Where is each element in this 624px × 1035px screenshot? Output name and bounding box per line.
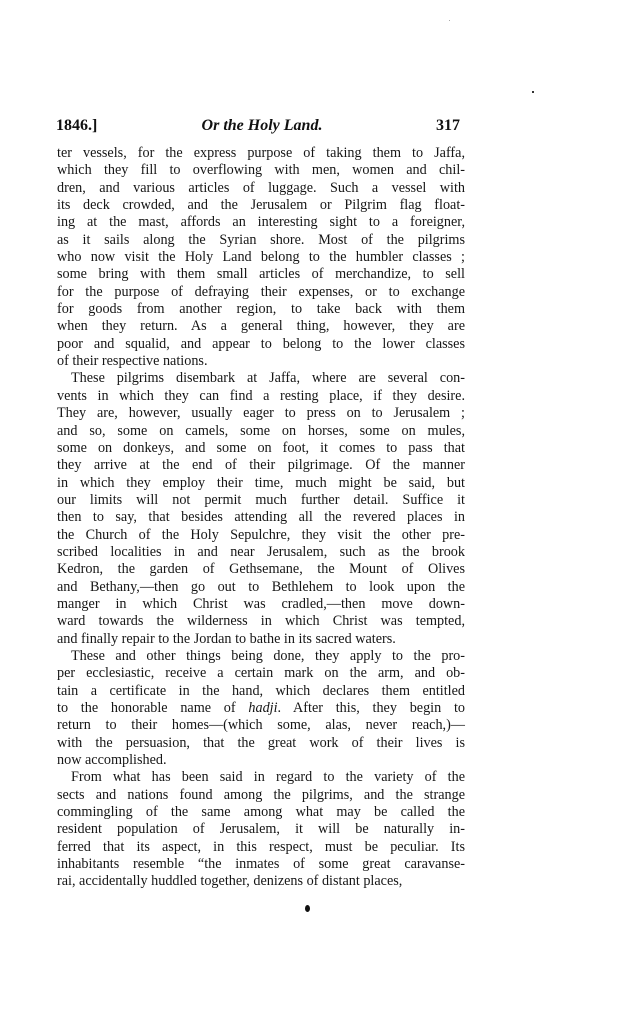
text-line: in which they employ their time, much mi…	[57, 475, 465, 492]
scan-speck	[532, 91, 534, 93]
text-line: From what has been said in regard to the…	[57, 769, 465, 786]
text-line: and so, some on camels, some on horses, …	[57, 423, 465, 440]
text-line: some on donkeys, and some on foot, it co…	[57, 440, 465, 457]
text-line: ing at the mast, affords an interesting …	[57, 214, 465, 231]
text-line: and finally repair to the Jordan to bath…	[57, 631, 465, 648]
paragraph: From what has been said in regard to the…	[57, 769, 465, 890]
running-head: 1846.] Or the Holy Land. 317	[56, 117, 468, 139]
text-line: resident population of Jerusalem, it wil…	[57, 821, 465, 838]
paragraph: These and other things being done, they …	[57, 648, 465, 769]
text-line: they arrive at the end of their pilgrima…	[57, 457, 465, 474]
text-line: per ecclesiastic, receive a certain mark…	[57, 665, 465, 682]
text-line: return to their homes—(which some, alas,…	[57, 717, 465, 734]
text-line: These and other things being done, they …	[57, 648, 465, 665]
text-line: vents in which they can find a resting p…	[57, 388, 465, 405]
text-line: for the purpose of defraying their expen…	[57, 284, 465, 301]
text-line: when they return. As a general thing, ho…	[57, 318, 465, 335]
scan-speck	[449, 20, 450, 21]
text-line: dren, and various articles of luggage. S…	[57, 180, 465, 197]
text-line: poor and squalid, and appear to belong t…	[57, 336, 465, 353]
text-line: some bring with them small articles of m…	[57, 266, 465, 283]
italic-term: hadji	[248, 700, 277, 716]
text-line: inhabitants resemble “the inmates of som…	[57, 856, 465, 873]
text-line: now accomplished.	[57, 752, 465, 769]
text-line: manger in which Christ was cradled,—then…	[57, 596, 465, 613]
text-line: rai, accidentally huddled together, deni…	[57, 873, 465, 890]
text-line: the Church of the Holy Sepulchre, they v…	[57, 527, 465, 544]
body-text: ter vessels, for the express purpose of …	[57, 145, 465, 891]
text-line: ferred that its aspect, in this respect,…	[57, 839, 465, 856]
text-line: then to say, that besides attending all …	[57, 509, 465, 526]
text-line: which they fill to overflowing with men,…	[57, 162, 465, 179]
text-line: ward towards the wilderness in which Chr…	[57, 613, 465, 630]
text-line: sects and nations found among the pilgri…	[57, 787, 465, 804]
text-line: our limits will not permit much further …	[57, 492, 465, 509]
text-line: to the honorable name of hadji. After th…	[57, 700, 465, 717]
text-line: as it sails along the Syrian shore. Most…	[57, 232, 465, 249]
text-line: and Bethany,—then go out to Bethlehem to…	[57, 579, 465, 596]
text-line: ter vessels, for the express purpose of …	[57, 145, 465, 162]
text-line: These pilgrims disembark at Jaffa, where…	[57, 370, 465, 387]
text-line: for goods from another region, to take b…	[57, 301, 465, 318]
text-line: commingling of the same among what may b…	[57, 804, 465, 821]
text-line: who now visit the Holy Land belong to th…	[57, 249, 465, 266]
paragraph: These pilgrims disembark at Jaffa, where…	[57, 370, 465, 648]
book-page: 1846.] Or the Holy Land. 317 ter vessels…	[0, 0, 624, 1035]
text-line: its deck crowded, and the Jerusalem or P…	[57, 197, 465, 214]
text-line: of their respective nations.	[57, 353, 465, 370]
text-line: with the persuasion, that the great work…	[57, 735, 465, 752]
paragraph: ter vessels, for the express purpose of …	[57, 145, 465, 370]
text-line: They are, however, usually eager to pres…	[57, 405, 465, 422]
text-line: scribed localities in and near Jerusalem…	[57, 544, 465, 561]
text-line: tain a certificate in the hand, which de…	[57, 683, 465, 700]
signature-mark	[305, 905, 310, 912]
text-line: Kedron, the garden of Gethsemane, the Mo…	[57, 561, 465, 578]
page-number: 317	[436, 117, 460, 135]
running-head-title: Or the Holy Land.	[56, 117, 468, 135]
